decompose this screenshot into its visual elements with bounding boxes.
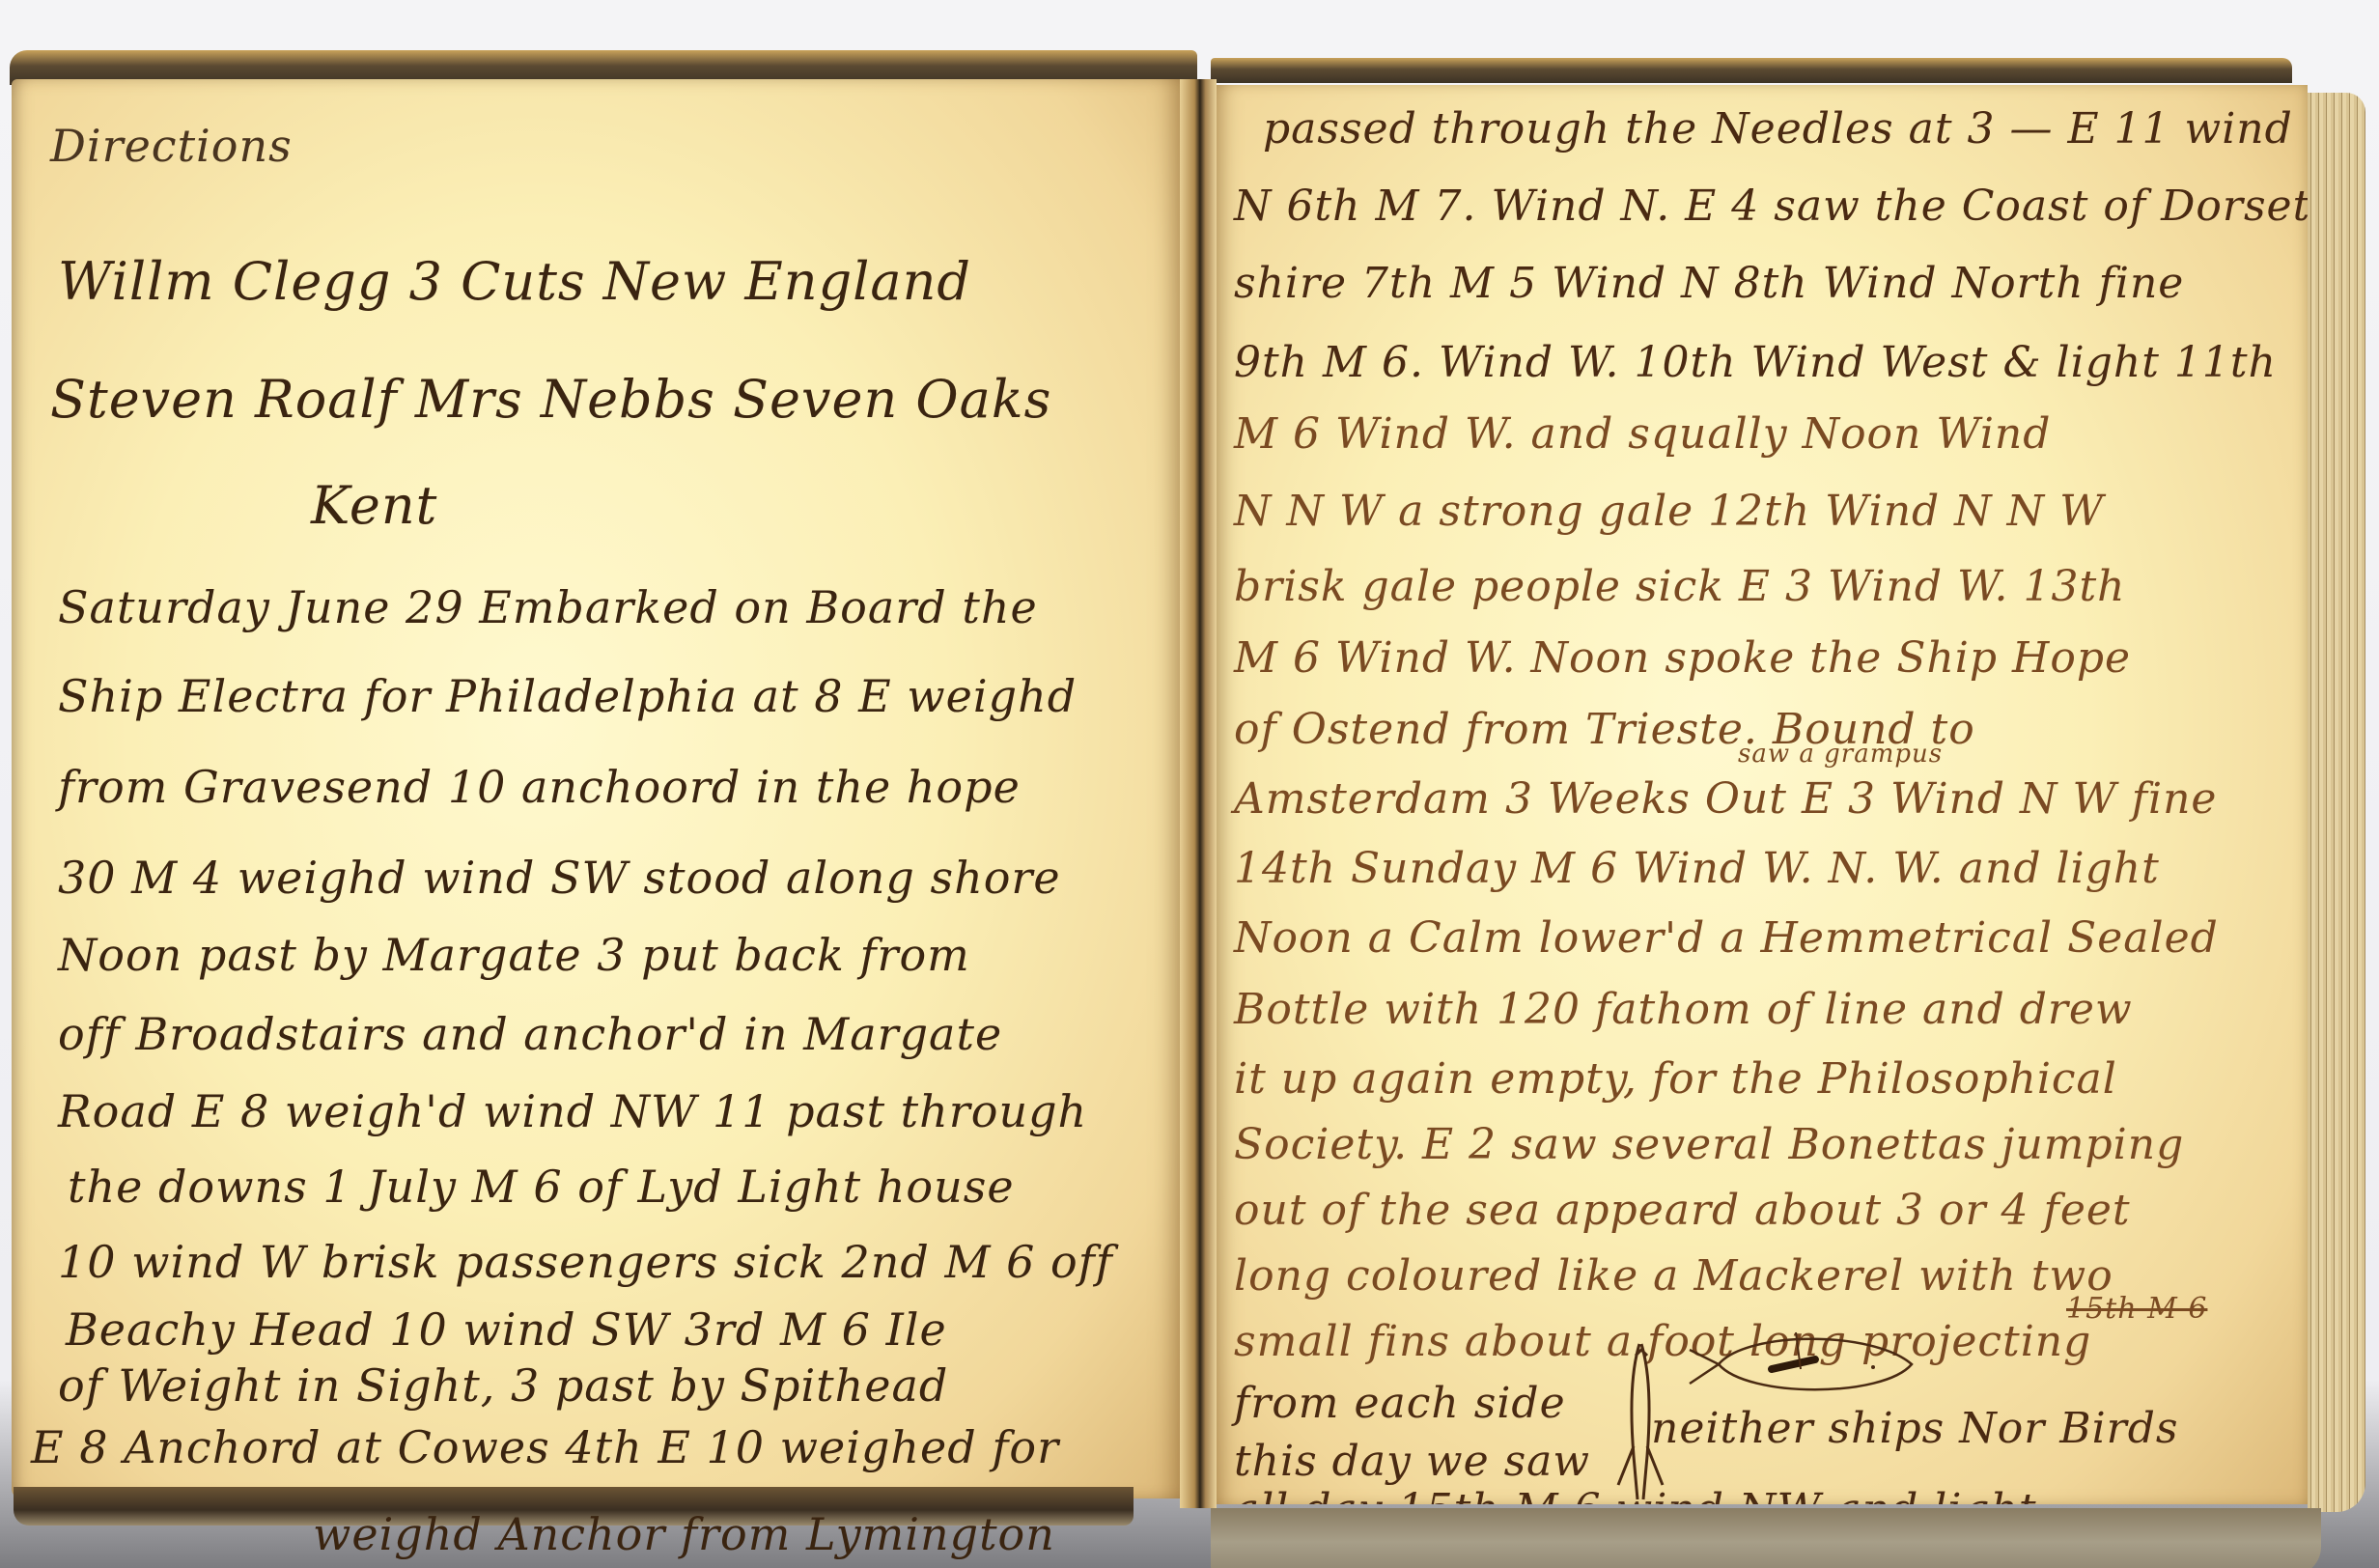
journal-line: weighd Anchor from Lymington — [313, 1508, 1055, 1560]
journal-line: M 6 Wind W. Noon spoke the Ship Hope — [1234, 633, 2131, 683]
left-page: Directions Willm Clegg 3 Cuts New Englan… — [12, 79, 1180, 1498]
journal-line: N N W a strong gale 12th Wind N N W — [1234, 487, 2104, 536]
journal-line: Society. E 2 saw several Bonettas jumpin… — [1234, 1120, 2184, 1169]
journal-line: N 6th M 7. Wind N. E 4 saw the Coast of … — [1234, 182, 2308, 231]
journal-line: it up again empty, for the Philosophical — [1234, 1054, 2117, 1104]
journal-line: 30 M 4 weighd wind SW stood along shore — [58, 852, 1061, 904]
page-heading: Directions — [50, 120, 293, 172]
page-stack-edge — [2308, 93, 2365, 1512]
fish-sketch-icon — [1680, 1321, 1931, 1408]
journal-line: from each side — [1234, 1379, 1566, 1428]
interlinear-note: saw a grampus — [1738, 740, 1943, 769]
journal-line: Beachy Head 10 wind SW 3rd M 6 Ile — [66, 1303, 947, 1356]
journal-line: the downs 1 July M 6 of Lyd Light house — [68, 1161, 1015, 1213]
right-page: passed through the Needles at 3 — E 11 w… — [1217, 85, 2308, 1504]
journal-line: Road E 8 weigh'd wind NW 11 past through — [58, 1085, 1087, 1137]
cover-top-edge-right — [1211, 58, 2292, 83]
journal-line: long coloured like a Mackerel with two — [1234, 1251, 2113, 1301]
journal-line: Bottle with 120 fathom of line and drew — [1234, 985, 2133, 1034]
journal-line: off Broadstairs and anchor'd in Margate — [58, 1008, 1002, 1060]
journal-line: of Weight in Sight, 3 past by Spithead — [58, 1359, 948, 1412]
journal-line: brisk gale people sick E 3 Wind W. 13th — [1234, 562, 2126, 611]
journal-line: Saturday June 29 Embarked on Board the — [58, 581, 1038, 633]
binding-gutter — [1180, 79, 1217, 1508]
journal-line: out of the sea appeard about 3 or 4 feet — [1234, 1186, 2131, 1235]
journal-line: 9th M 6. Wind W. 10th Wind West & light … — [1234, 338, 2277, 387]
journal-line: from Gravesend 10 anchoord in the hope — [58, 761, 1021, 813]
cover-bottom-edge-right — [1211, 1508, 2321, 1568]
journal-line: M 6 Wind W. and squally Noon Wind — [1234, 409, 2051, 459]
journal-line: Amsterdam 3 Weeks Out E 3 Wind N W fine — [1234, 774, 2217, 824]
side-note: neither ships Nor Birds — [1651, 1404, 2178, 1453]
journal-line: 14th Sunday M 6 Wind W. N. W. and light — [1234, 844, 2160, 893]
journal-line: Noon past by Margate 3 put back from — [58, 929, 970, 981]
journal-line: passed through the Needles at 3 — E 11 w… — [1263, 104, 2293, 154]
address-line: Kent — [311, 475, 437, 536]
journal-line: 10 wind W brisk passengers sick 2nd M 6 … — [58, 1236, 1113, 1288]
address-line: Willm Clegg 3 Cuts New England — [58, 251, 971, 312]
struck-through-note: 15th M 6 — [2066, 1292, 2207, 1326]
open-journal-book: Directions Willm Clegg 3 Cuts New Englan… — [4, 50, 2371, 1527]
bird-sketch-icon — [1612, 1340, 1670, 1504]
address-line: Steven Roalf Mrs Nebbs Seven Oaks — [50, 369, 1051, 430]
journal-line: this day we saw — [1234, 1437, 1590, 1486]
journal-line: Ship Electra for Philadelphia at 8 E wei… — [58, 670, 1077, 722]
journal-line: E 8 Anchord at Cowes 4th E 10 weighed fo… — [31, 1421, 1059, 1473]
journal-line: shire 7th M 5 Wind N 8th Wind North fine — [1234, 259, 2184, 308]
journal-line: Noon a Calm lower'd a Hemmetrical Sealed — [1234, 913, 2219, 963]
